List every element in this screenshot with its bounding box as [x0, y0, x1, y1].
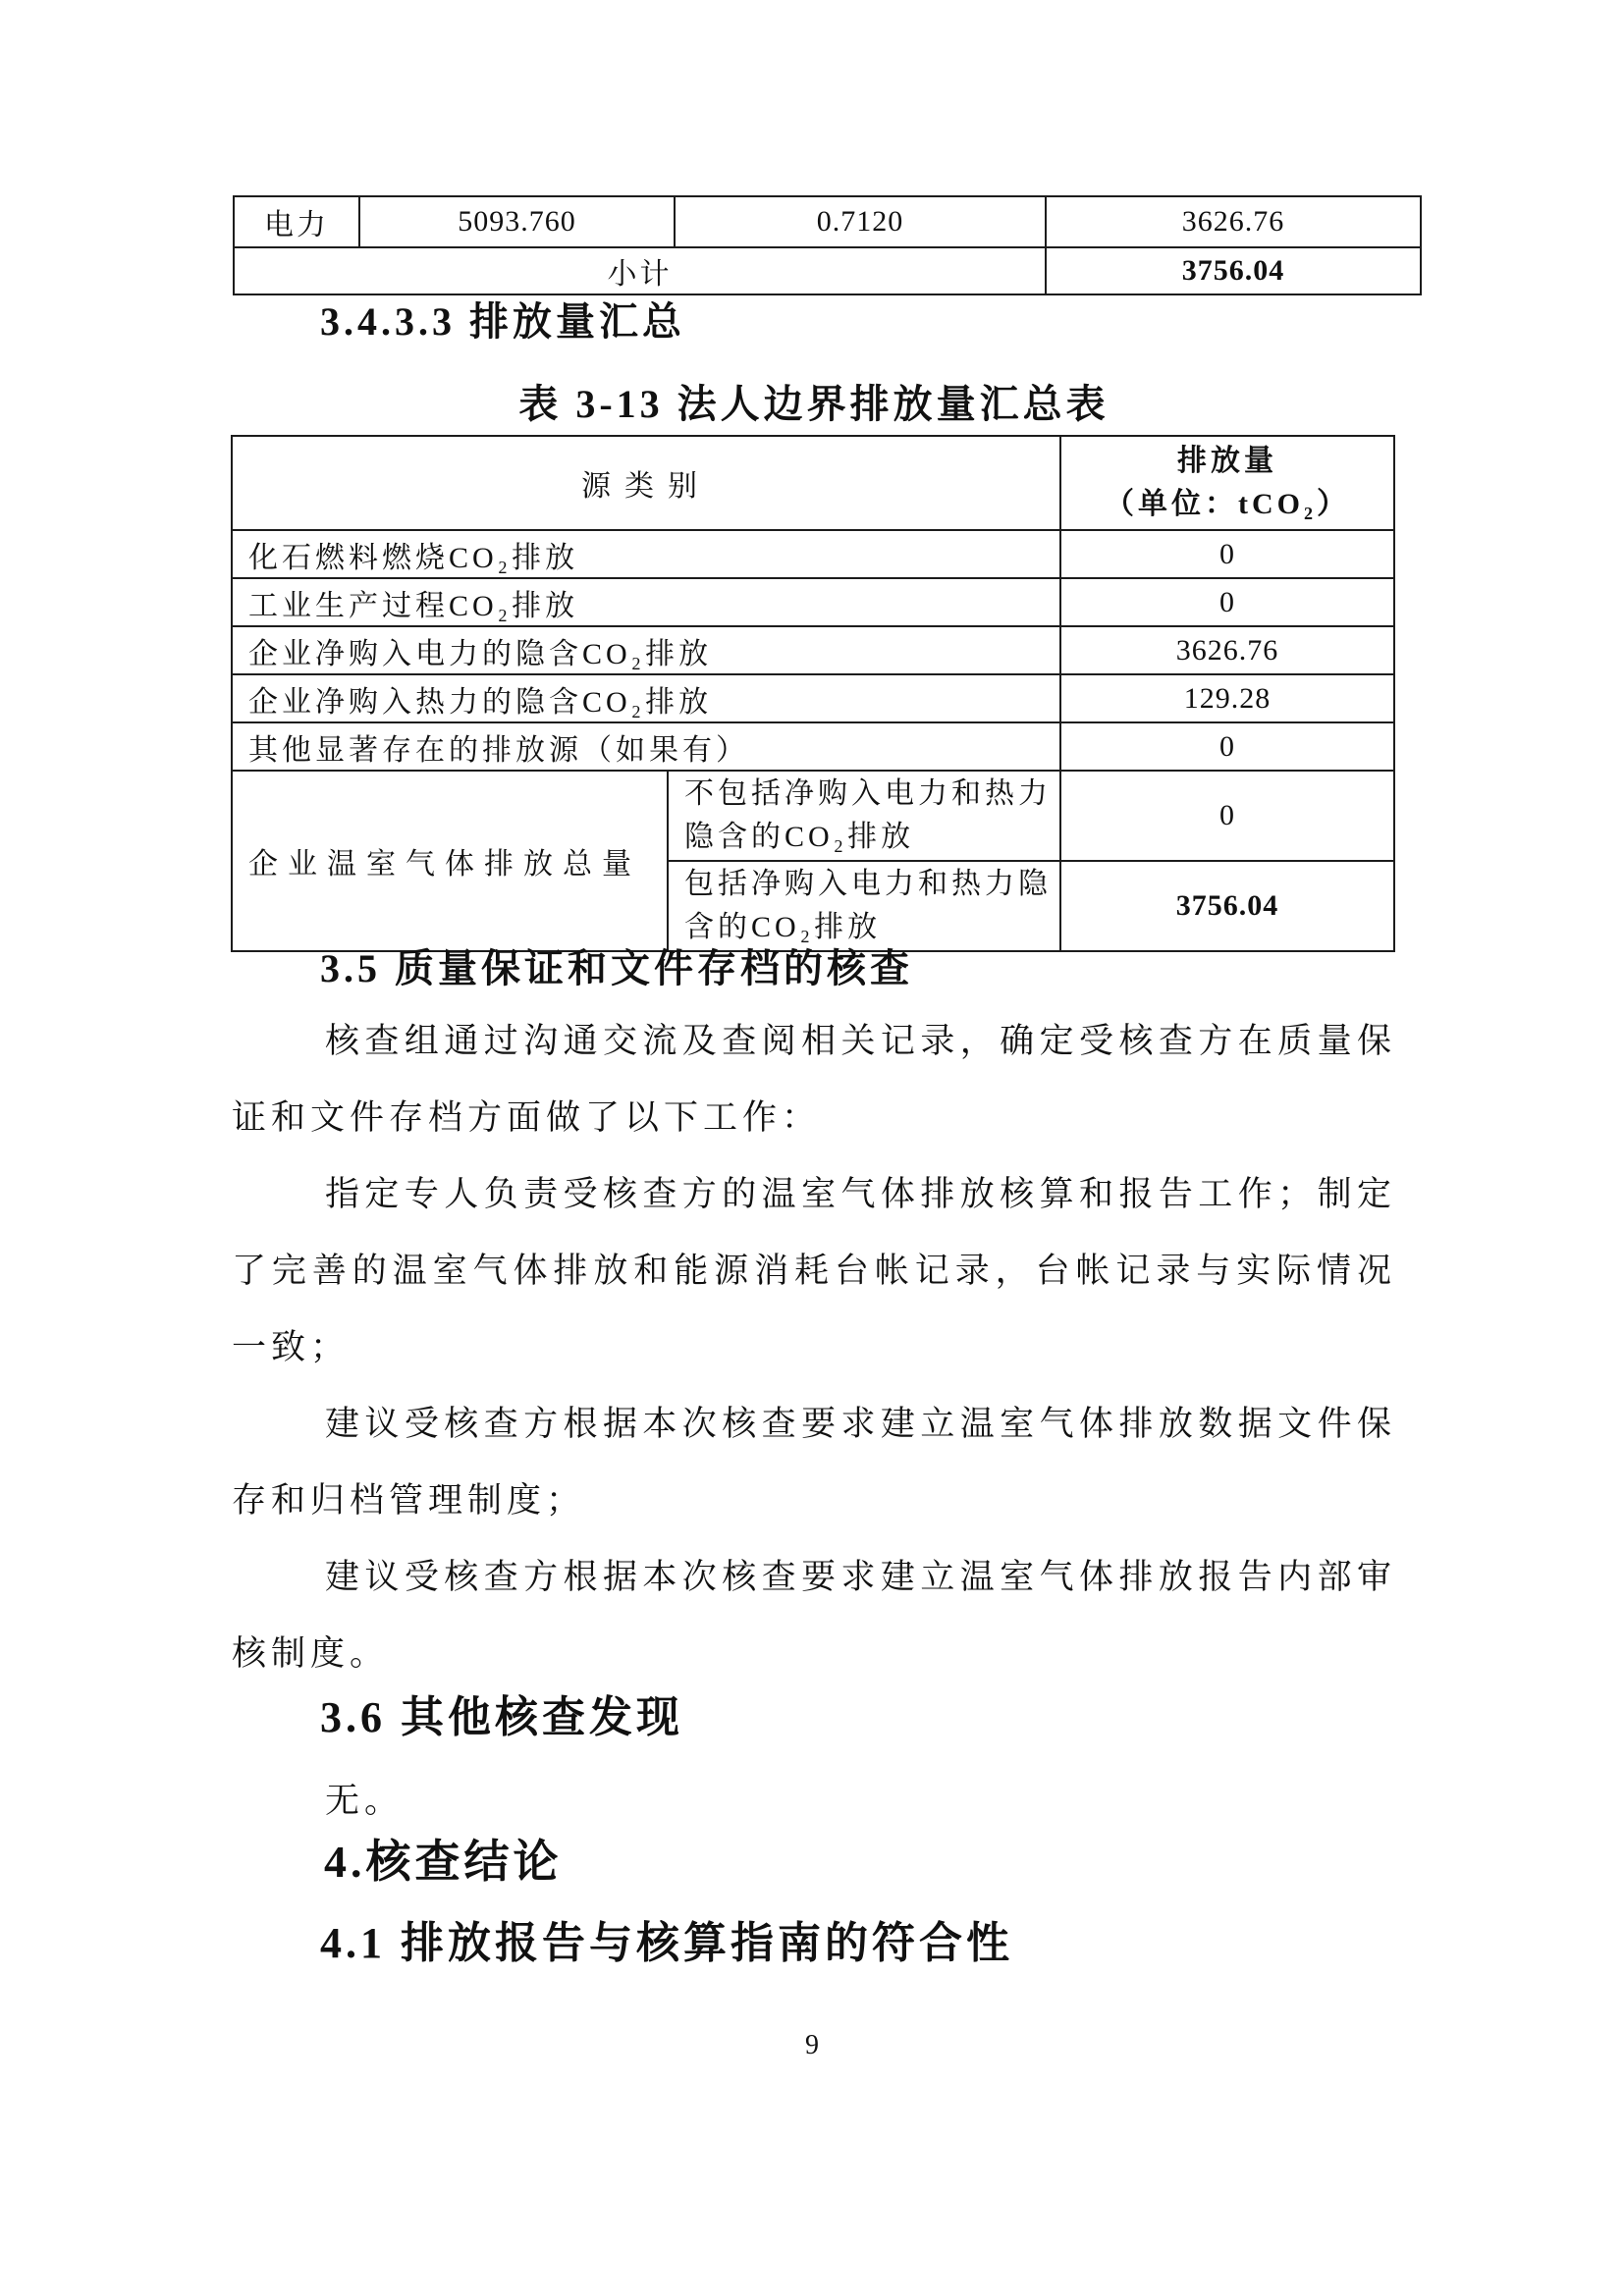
row-label-cell: 企业净购入电力的隐含CO₂排放: [232, 626, 1060, 674]
table-row: 其他显著存在的排放源（如果有） 0: [232, 722, 1394, 771]
total-sub-value-cell: 0: [1060, 771, 1394, 861]
fuel-type-cell: 电力: [234, 196, 359, 247]
table-header-row: 源类别 排放量 （单位：tCO₂）: [232, 436, 1394, 530]
table-row-subtotal: 小计 3756.04: [234, 247, 1421, 294]
paragraph: 建议受核查方根据本次核查要求建立温室气体排放报告内部审核制度。: [232, 1539, 1396, 1692]
paragraph: 建议受核查方根据本次核查要求建立温室气体排放数据文件保存和归档管理制度；: [232, 1386, 1396, 1539]
subtotal-label-cell: 小计: [234, 247, 1046, 294]
table-row-total-1: 企业温室气体排放总量 不包括净购入电力和热力隐含的CO₂排放 0: [232, 771, 1394, 861]
document-page: 电力 5093.760 0.7120 3626.76 小计 3756.04 3.…: [0, 0, 1624, 2296]
table-row: 企业净购入电力的隐含CO₂排放 3626.76: [232, 626, 1394, 674]
page-number: 9: [0, 2030, 1624, 2061]
row-label-cell: 其他显著存在的排放源（如果有）: [232, 722, 1060, 771]
total-label-cell: 企业温室气体排放总量: [232, 771, 668, 951]
source-category-header: 源类别: [232, 436, 1060, 530]
paragraph: 核查组通过沟通交流及查阅相关记录，确定受核查方在质量保证和文件存档方面做了以下工…: [232, 1003, 1396, 1156]
activity-data-cell: 5093.760: [359, 196, 675, 247]
table-row: 电力 5093.760 0.7120 3626.76: [234, 196, 1421, 247]
row-value-cell: 0: [1060, 578, 1394, 626]
total-sub-label-cell: 包括净购入电力和热力隐含的CO₂排放: [668, 861, 1060, 951]
heading-4-1: 4.1 排放报告与核算指南的符合性: [320, 1916, 1013, 1970]
heading-4: 4.核查结论: [324, 1834, 563, 1891]
emission-summary-table: 源类别 排放量 （单位：tCO₂） 化石燃料燃烧CO₂排放 0 工业生产过程CO…: [231, 435, 1395, 952]
table-row: 工业生产过程CO₂排放 0: [232, 578, 1394, 626]
row-value-cell: 0: [1060, 530, 1394, 578]
emission-value-cell: 3626.76: [1046, 196, 1421, 247]
row-label-cell: 企业净购入热力的隐含CO₂排放: [232, 674, 1060, 722]
table-3-13-title: 表 3-13 法人边界排放量汇总表: [232, 373, 1396, 429]
emission-factor-cell: 0.7120: [675, 196, 1046, 247]
row-value-cell: 0: [1060, 722, 1394, 771]
row-value-cell: 129.28: [1060, 674, 1394, 722]
row-label-cell: 工业生产过程CO₂排放: [232, 578, 1060, 626]
paragraph: 指定专人负责受核查方的温室气体排放核算和报告工作；制定了完善的温室气体排放和能源…: [232, 1156, 1396, 1386]
total-sub-label-cell: 不包括净购入电力和热力隐含的CO₂排放: [668, 771, 1060, 861]
fuel-emission-table: 电力 5093.760 0.7120 3626.76 小计 3756.04: [233, 195, 1422, 295]
section-3-5-paragraphs: 核查组通过沟通交流及查阅相关记录，确定受核查方在质量保证和文件存档方面做了以下工…: [232, 1003, 1396, 1692]
table-row: 企业净购入热力的隐含CO₂排放 129.28: [232, 674, 1394, 722]
heading-3-6: 3.6 其他核查发现: [320, 1690, 683, 1744]
emission-amount-header: 排放量 （单位：tCO₂）: [1060, 436, 1394, 530]
emission-header-line2: （单位：tCO₂）: [1062, 483, 1392, 526]
emission-header-line1: 排放量: [1062, 440, 1392, 483]
total-sub-value-cell: 3756.04: [1060, 861, 1394, 951]
heading-3-4-3-3: 3.4.3.3 排放量汇总: [320, 297, 685, 347]
row-value-cell: 3626.76: [1060, 626, 1394, 674]
section-3-6-body: 无。: [232, 1763, 1396, 1840]
heading-3-5: 3.5 质量保证和文件存档的核查: [320, 944, 913, 993]
table-row: 化石燃料燃烧CO₂排放 0: [232, 530, 1394, 578]
subtotal-value-cell: 3756.04: [1046, 247, 1421, 294]
row-label-cell: 化石燃料燃烧CO₂排放: [232, 530, 1060, 578]
